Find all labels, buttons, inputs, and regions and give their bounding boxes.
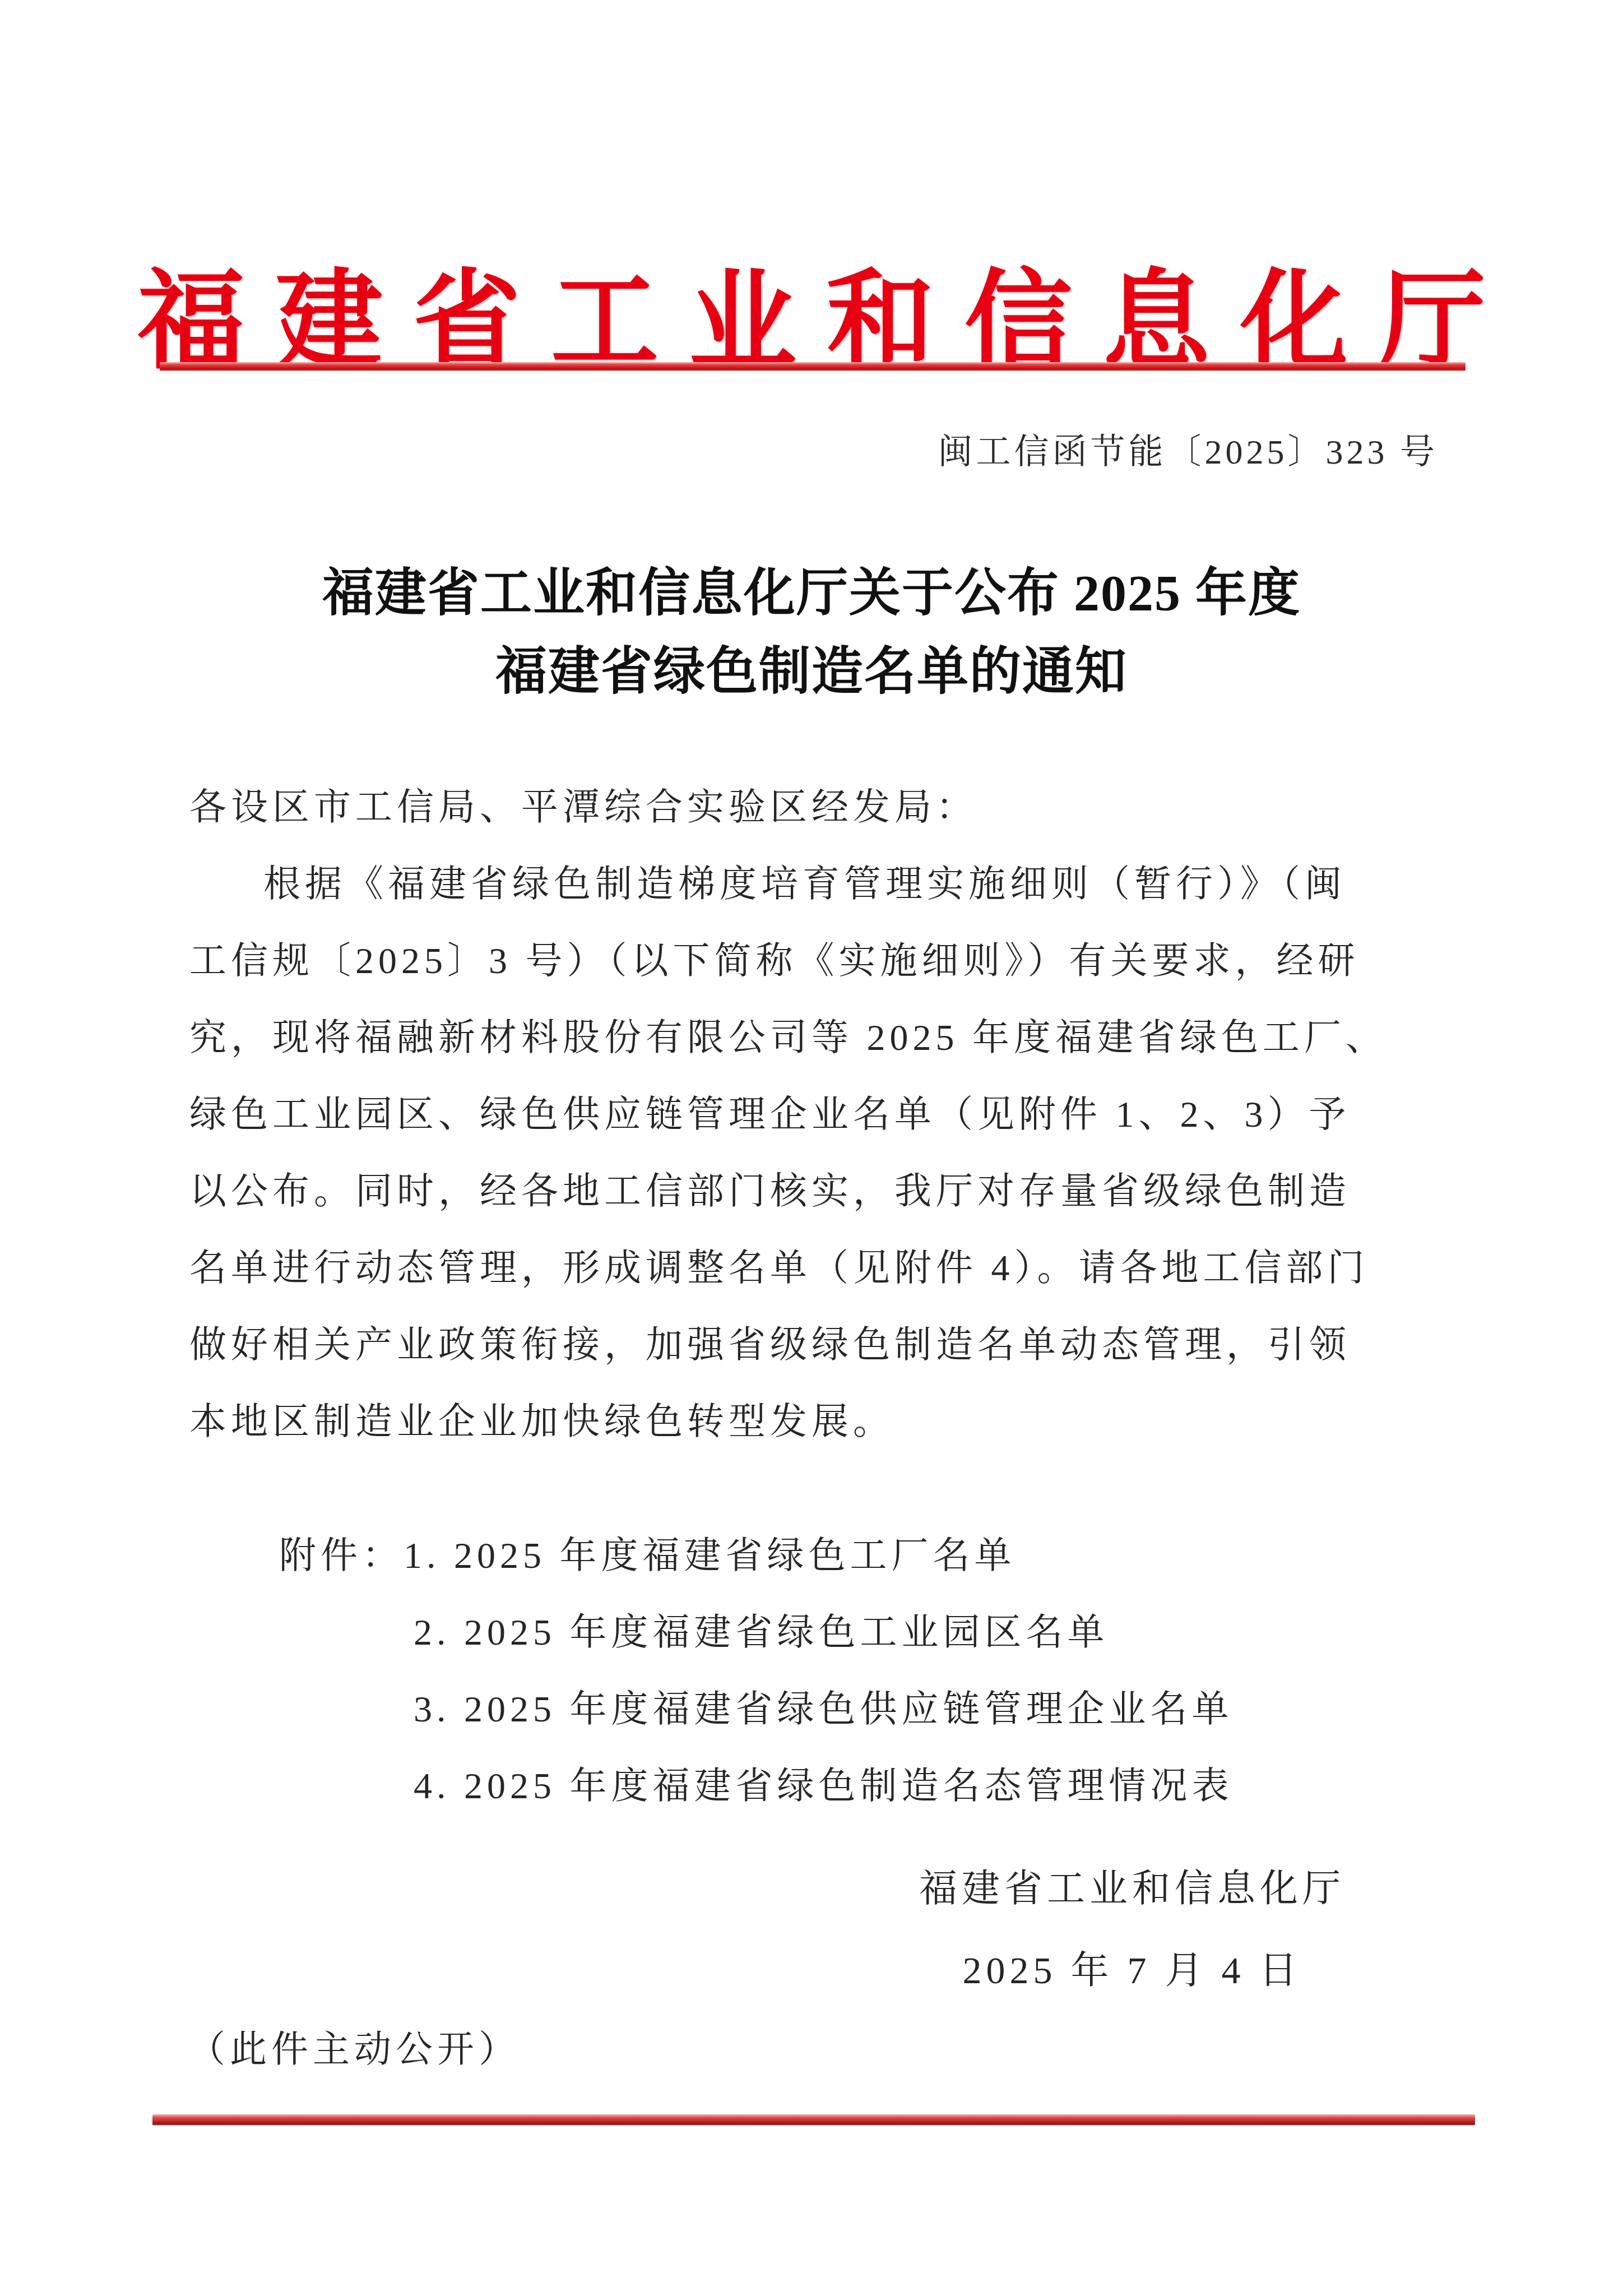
body-line: 工信规〔2025〕3 号）（以下简称《实施细则》）有关要求，经研 <box>189 923 1440 999</box>
body-line: 根据《福建省绿色制造梯度培育管理实施细则（暂行）》（闽 <box>189 846 1440 923</box>
signature-date: 2025 年 7 月 4 日 <box>874 1929 1390 2011</box>
document-title-line1: 福建省工业和信息化厅关于公布 2025 年度 <box>0 554 1623 632</box>
body-line: 本地区制造业企业加快绿色转型发展。 <box>189 1383 1440 1460</box>
attachments-first-row: 附件：1. 2025 年度福建省绿色工厂名单 <box>189 1517 1440 1594</box>
signature-block: 福建省工业和信息化厅 2025 年 7 月 4 日 <box>874 1848 1390 2011</box>
attachment-item: 1. 2025 年度福建省绿色工厂名单 <box>404 1535 1016 1576</box>
salutation-line: 各设区市工信局、平潭综合实验区经发局： <box>189 769 1440 846</box>
body-line: 名单进行动态管理，形成调整名单（见附件 4）。请各地工信部门 <box>189 1230 1440 1307</box>
attachment-item: 3. 2025 年度福建省绿色供应链管理企业名单 <box>189 1671 1440 1748</box>
body-line: 究，现将福融新材料股份有限公司等 2025 年度福建省绿色工厂、 <box>189 999 1440 1076</box>
body-line: 做好相关产业政策衔接，加强省级绿色制造名单动态管理，引领 <box>189 1307 1440 1383</box>
attachments-list: 附件：1. 2025 年度福建省绿色工厂名单 2. 2025 年度福建省绿色工业… <box>189 1517 1440 1825</box>
document-title-line2: 福建省绿色制造名单的通知 <box>0 632 1623 711</box>
header-red-rule <box>160 362 1466 371</box>
body-line: 绿色工业园区、绿色供应链管理企业名单（见附件 1、2、3）予 <box>189 1076 1440 1153</box>
document-title: 福建省工业和信息化厅关于公布 2025 年度 福建省绿色制造名单的通知 <box>0 554 1623 711</box>
footer-red-rule <box>152 2114 1475 2126</box>
signature-agency: 福建省工业和信息化厅 <box>874 1848 1390 1929</box>
document-body: 各设区市工信局、平潭综合实验区经发局： 根据《福建省绿色制造梯度培育管理实施细则… <box>189 769 1440 1825</box>
disclosure-note: （此件主动公开） <box>188 2019 520 2072</box>
document-number: 闽工信函节能〔2025〕323 号 <box>938 424 1438 474</box>
attachment-item: 4. 2025 年度福建省绿色制造名态管理情况表 <box>189 1748 1440 1825</box>
attachments-label: 附件： <box>279 1535 404 1576</box>
document-page: 福建省工业和信息化厅 闽工信函节能〔2025〕323 号 福建省工业和信息化厅关… <box>0 0 1623 2296</box>
attachment-item: 2. 2025 年度福建省绿色工业园区名单 <box>189 1594 1440 1671</box>
body-line: 以公布。同时，经各地工信部门核实，我厅对存量省级绿色制造 <box>189 1153 1440 1230</box>
